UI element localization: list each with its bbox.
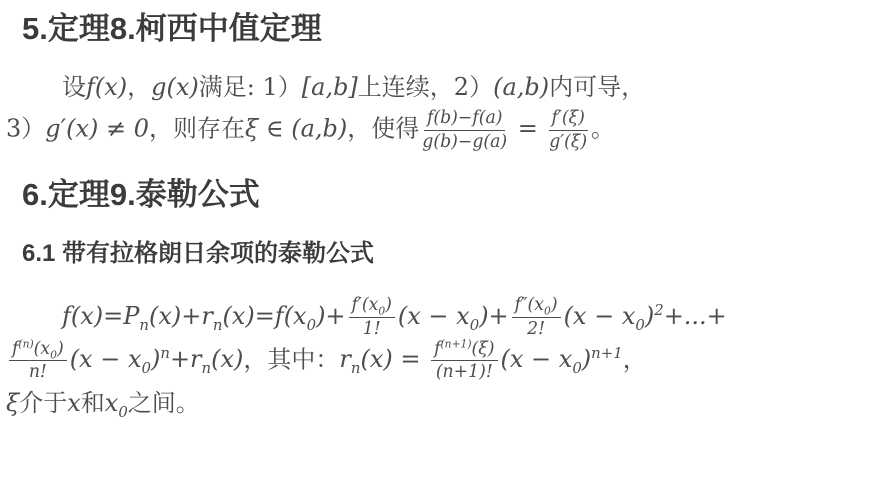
math-text: r <box>339 345 350 373</box>
math-text: g′(x) ≠ 0 <box>45 115 149 143</box>
numerator: f′(x0) <box>349 295 395 317</box>
denominator: g(b)−g(a) <box>422 131 507 152</box>
cjk-text: 。 <box>591 115 615 143</box>
math-text: ξ ∈ (a,b) <box>245 115 347 143</box>
subscript: 0 <box>50 348 57 361</box>
taylor-paragraph: f(x)=Pn(x)+rn(x)=f(x0)+f′(x0)1!(x − x0)+… <box>6 295 867 424</box>
subscript: 0 <box>307 315 316 333</box>
denominator: g′(ξ) <box>549 131 587 152</box>
superscript: (n) <box>18 337 33 350</box>
math-text: (x − x <box>70 345 142 373</box>
subscript: n <box>213 315 223 333</box>
cjk-text: 和 <box>81 389 105 417</box>
math-text: (x − x <box>501 345 573 373</box>
numerator: f(n+1)(ξ) <box>431 339 497 361</box>
cjk-text: ， <box>127 73 151 101</box>
cjk-text: ，其中： <box>243 345 339 373</box>
superscript: n+1 <box>591 344 623 362</box>
fraction: f′(x0)1! <box>349 295 395 339</box>
math-text: ) <box>551 295 558 315</box>
math-text: (ξ) <box>472 339 495 359</box>
taylor-line-3: ξ介于x和x0之间。 <box>6 383 867 424</box>
math-text: x0 <box>105 389 128 417</box>
subscript: 0 <box>572 359 581 377</box>
denominator: (n+1)! <box>436 361 493 382</box>
math-text: ) <box>582 345 591 373</box>
document: 5.定理8.柯西中值定理 设f(x)，g(x)满足: 1）[a,b]上连续，2）… <box>0 0 875 424</box>
heading-cauchy-theorem: 5.定理8.柯西中值定理 <box>22 10 867 47</box>
heading-taylor-theorem: 6.定理9.泰勒公式 <box>22 176 867 213</box>
subscript: 0 <box>118 403 127 421</box>
cjk-text: 3） <box>6 115 45 143</box>
subscript: 0 <box>544 305 551 318</box>
denominator: 2! <box>527 318 545 339</box>
math-text: (a,b) <box>493 73 549 101</box>
denominator: n! <box>29 361 47 382</box>
denominator: 1! <box>363 318 381 339</box>
math-text: (x) <box>211 345 243 373</box>
cjk-text: ，则存在 <box>149 115 245 143</box>
math-text: f″(x <box>515 295 544 315</box>
numerator: f′(ξ) <box>549 108 588 130</box>
cjk-text: 之间。 <box>128 389 200 417</box>
superscript: n <box>160 344 170 362</box>
subscript: 0 <box>635 315 644 333</box>
math-text: x <box>67 389 81 417</box>
math-text: )+ <box>479 302 508 330</box>
numerator: f(n)(x0) <box>9 339 67 361</box>
cauchy-line-2: 3）g′(x) ≠ 0，则存在ξ ∈ (a,b)，使得f(b)−f(a)g(b)… <box>6 108 867 152</box>
cjk-text: ， <box>623 345 647 373</box>
subscript: n <box>202 359 212 377</box>
math-text: f(x)=P <box>62 302 139 330</box>
math-text: )+ <box>316 302 345 330</box>
math-text: ) <box>151 345 160 373</box>
math-text: f′(x <box>352 295 379 315</box>
math-text: (x − x <box>398 302 470 330</box>
cjk-text: 设 <box>62 73 86 101</box>
numerator: f″(x0) <box>512 295 561 317</box>
math-text: x <box>105 389 119 417</box>
cjk-text: ，使得 <box>347 115 419 143</box>
math-text: (x − x0)2+...+ <box>564 302 727 330</box>
math-text: (x − x0)n+1 <box>501 345 623 373</box>
superscript: 2 <box>654 301 663 319</box>
math-text: (x − x <box>564 302 636 330</box>
cauchy-line-1: 设f(x)，g(x)满足: 1）[a,b]上连续，2）(a,b)内可导， <box>6 67 867 108</box>
math-text: (x <box>34 339 50 359</box>
fraction: f(b)−f(a)g(b)−g(a) <box>422 108 507 152</box>
math-text: (x) = <box>360 345 428 373</box>
subscript: n <box>139 315 149 333</box>
cjk-text: 满足: 1） <box>199 73 302 101</box>
math-text: rn(x) = <box>339 345 428 373</box>
math-text: +...+ <box>664 302 727 330</box>
fraction: f(n)(x0)n! <box>9 339 67 383</box>
math-text: ) <box>57 339 64 359</box>
math-text: [a,b] <box>302 73 358 101</box>
math-text: g(x) <box>151 73 199 101</box>
math-text: f(x)=Pn(x)+rn(x)=f(x0)+ <box>62 302 346 330</box>
fraction: f″(x0)2! <box>512 295 561 339</box>
subscript: 0 <box>142 359 151 377</box>
math-text: +r <box>170 345 202 373</box>
math-text: (x − x0)n+rn(x) <box>70 345 244 373</box>
cauchy-paragraph: 设f(x)，g(x)满足: 1）[a,b]上连续，2）(a,b)内可导，3）g′… <box>6 67 867 152</box>
cjk-text: 内可导， <box>549 73 645 101</box>
fraction: f(n+1)(ξ)(n+1)! <box>431 339 497 383</box>
math-text: ) <box>385 295 392 315</box>
math-text: (x)+r <box>149 302 213 330</box>
math-text: ) <box>645 302 654 330</box>
math-text: (x)=f(x <box>222 302 306 330</box>
taylor-line-2: f(n)(x0)n!(x − x0)n+rn(x)，其中：rn(x) = f(n… <box>6 339 867 383</box>
numerator: f(b)−f(a) <box>424 108 506 130</box>
cjk-text: 介于 <box>19 389 67 417</box>
math-text: (x − x0)+ <box>398 302 509 330</box>
math-text: = <box>510 115 545 143</box>
cjk-text: 上连续，2） <box>358 73 493 101</box>
math-text: ξ <box>6 389 19 417</box>
subheading-lagrange-remainder: 6.1 带有拉格朗日余项的泰勒公式 <box>22 240 867 269</box>
fraction: f′(ξ)g′(ξ) <box>549 108 588 152</box>
superscript: (n+1) <box>441 337 472 350</box>
subscript: 0 <box>470 315 479 333</box>
taylor-line-1: f(x)=Pn(x)+rn(x)=f(x0)+f′(x0)1!(x − x0)+… <box>6 295 867 339</box>
math-text: f(x) <box>86 73 127 101</box>
